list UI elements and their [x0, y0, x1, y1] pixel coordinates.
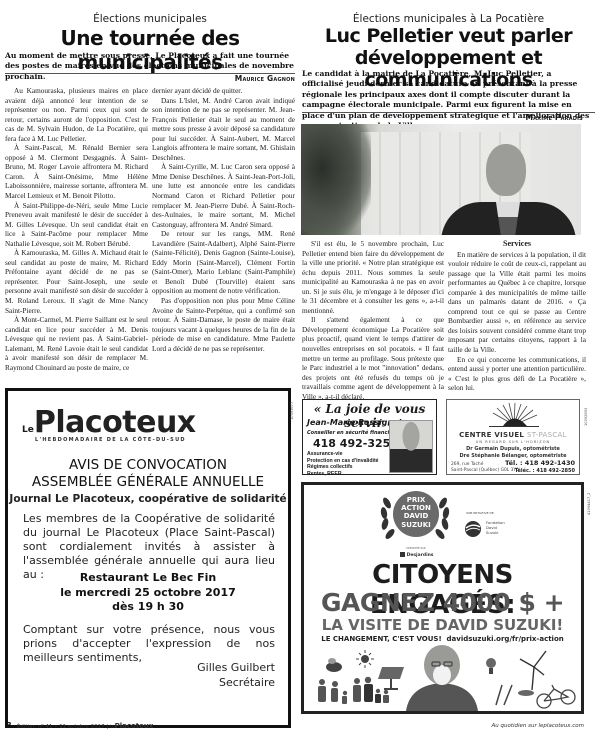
- paragraph: À Saint-Cyrille, M. Luc Caron sera oppos…: [152, 162, 295, 229]
- paragraph: En matière de services à la population, …: [448, 250, 586, 355]
- centre-visuel-name: CENTRE VISUEL ST-PASCAL: [447, 431, 579, 439]
- suzuki-illustration: [306, 645, 581, 711]
- solar-panel-icon: [378, 667, 404, 690]
- service-item: Rentes, REER: [307, 471, 379, 478]
- page-number: 8: [6, 721, 12, 730]
- right-article-column-2: Services En matière de services à la pop…: [448, 239, 586, 393]
- signer-name: Gilles Guilbert: [23, 661, 275, 676]
- left-article-column-1: Au Kamouraska, plusieurs maires en place…: [5, 86, 148, 372]
- centre-visuel-doctors: Dr Germain Dupuis, optométriste Dre Stép…: [447, 446, 579, 459]
- placoteux-logo: LePlacoteux L'HEBDOMADAIRE DE LA CÔTE-DU…: [22, 405, 196, 443]
- desjardins-sponsor: Desjardins: [400, 552, 434, 558]
- family-icon: [318, 677, 389, 704]
- badge-line: SUZUKI: [393, 521, 439, 529]
- telephone: Tél. : 418 492-1430: [505, 459, 575, 467]
- suzuki-tagline: LE CHANGEMENT, C'EST VOUS! davidsuzuki.o…: [304, 635, 581, 643]
- light-bulb-icon: [486, 658, 496, 674]
- name-part-1: CENTRE VISUEL: [459, 431, 524, 439]
- notice-signature: Gilles Guilbert Secrétaire: [23, 661, 275, 690]
- left-article-column-2: dernier ayant décidé de quitter. Dans L'…: [152, 86, 295, 353]
- notice-venue: Restaurant Le Bec Fin le mercredi 25 oct…: [8, 571, 288, 615]
- candidate-photo: [301, 124, 581, 235]
- badge-line: DAVID: [393, 512, 439, 520]
- badge-line: ACTION: [393, 504, 439, 512]
- sponsor-name: Desjardins: [407, 553, 434, 558]
- centre-visuel-ad: CENTRE VISUEL ST-PASCAL UN REGARD SUR L'…: [446, 399, 580, 475]
- centre-visuel-code: 10092893: [584, 402, 588, 426]
- centre-visuel-phones: Tél. : 418 492-1430 Téléc. : 418 492-285…: [505, 459, 575, 475]
- right-article-kicker: Élections municipales à La Pocatière: [302, 13, 595, 25]
- logo-le: Le: [22, 425, 34, 435]
- rossignol-ad: « La joie de vous servir » Jean-Marie Ro…: [302, 399, 437, 475]
- presented-by-label: PRÉSENTÉ PAR: [394, 547, 438, 550]
- suzuki-headline-3: LA VISITE DE DAVID SUZUKI!: [304, 616, 581, 634]
- page-footer-right: Au quotidien sur leplacoteux.com: [492, 723, 585, 729]
- prix-action-suzuki-ad: PRIX ACTION DAVID SUZUKI PRÉSENTÉ PAR De…: [301, 482, 584, 714]
- paragraph: À Mont-Carmel, M. Pierre Saillant est le…: [5, 315, 148, 372]
- notice-title: AVIS DE CONVOCATION ASSEMBLÉE GÉNÉRALE A…: [8, 457, 288, 491]
- foundation-name: Fondation David Suzuki: [486, 521, 505, 535]
- subheading-services: Services: [448, 239, 586, 249]
- notice-ad-code: 10093677: [290, 390, 294, 420]
- left-article-byline: Maurice Gagnon: [5, 74, 295, 83]
- headline-line-1: Luc Pelletier veut parler: [302, 25, 595, 47]
- separator: •: [54, 724, 57, 730]
- fax: Téléc. : 418 492-2850: [505, 467, 575, 475]
- tagline-text: LE CHANGEMENT, C'EST VOUS!: [321, 635, 441, 643]
- paragraph: À Saint-Philippe-de-Néri, seule Mme Luci…: [5, 201, 148, 249]
- paragraph: S'il est élu, le 5 novembre prochain, Lu…: [302, 239, 444, 315]
- centre-visuel-tagline: UN REGARD SUR L'HORIZON: [447, 440, 579, 444]
- sunrise-logo-icon: [489, 403, 539, 429]
- david-suzuki-foundation-logo-icon: [464, 520, 482, 538]
- paragraph-continuation: dernier ayant décidé de quitter.: [152, 86, 295, 96]
- paragraph: Dans L'Islet, M. André Caron avait indiq…: [152, 96, 295, 163]
- logo-subtitle: L'HEBDOMADAIRE DE LA CÔTE-DU-SUD: [35, 437, 196, 443]
- suzuki-ad-code: 41094417_2: [587, 485, 591, 515]
- david-suzuki-portrait-icon: [406, 645, 478, 711]
- paragraph: À Saint-Pascal, M. Rénald Bernier sera o…: [5, 143, 148, 200]
- paragraph: Au Kamouraska, plusieurs maires en place…: [5, 86, 148, 143]
- foundation-line: Suzuki: [486, 531, 505, 536]
- rossignol-role: Conseiller en sécurité financière: [307, 430, 398, 436]
- venue-time: dès 19 h 30: [8, 600, 288, 615]
- paragraph: Pas d'opposition non plus pour Mme Célin…: [152, 296, 295, 353]
- paragraph: De retour sur les rangs, MM. René Lavand…: [152, 229, 295, 296]
- notice-subtitle: Journal Le Placoteux, coopérative de sol…: [8, 493, 288, 505]
- photo-tree: [301, 124, 371, 235]
- signer-title: Secrétaire: [23, 676, 275, 691]
- left-article-kicker: Élections municipales: [5, 13, 295, 25]
- rossignol-portrait: [389, 420, 433, 473]
- sun-icon: [356, 650, 374, 668]
- edition-date: 11 octobre 2017: [59, 724, 104, 730]
- right-article-byline: Maxime Paradis: [302, 113, 583, 122]
- paragraph: En ce qui concerne les communications, i…: [448, 355, 586, 393]
- rossignol-phone: 418 492-3255: [313, 437, 398, 450]
- rossignol-name: Jean-Marie Rossignol: [307, 418, 401, 427]
- logo-name: Placoteux: [34, 405, 196, 440]
- tagline-url: davidsuzuki.org/fr/prix-action: [447, 635, 564, 643]
- name-part-2: ST-PASCAL: [527, 431, 567, 439]
- rossignol-services: Assurance-vie Protection en cas d'invali…: [307, 451, 379, 477]
- badge-line: PRIX: [393, 496, 439, 504]
- agm-notice-ad: LePlacoteux L'HEBDOMADAIRE DE LA CÔTE-DU…: [5, 388, 291, 728]
- doctor-1: Dr Germain Dupuis, optométriste: [447, 446, 579, 453]
- wind-turbine-icon: [520, 651, 546, 690]
- paper-name: Placoteux: [115, 722, 154, 730]
- paragraph: À Kamouraska, M. Gilles A. Michaud était…: [5, 248, 148, 315]
- bee-icon: [326, 658, 342, 672]
- right-article-lede: Le candidat à la mairie de La Pocatière,…: [302, 69, 595, 131]
- title-line-1: AVIS DE CONVOCATION: [8, 457, 288, 474]
- cloud-icon: [518, 690, 534, 696]
- desjardins-logo-icon: [400, 552, 405, 557]
- venue-name: Restaurant Le Bec Fin: [8, 571, 288, 586]
- garden-tools-icon: [496, 685, 512, 705]
- venue-date: le mercredi 25 octobre 2017: [8, 586, 288, 601]
- page-footer-left: 8 Édition nº 41 • 11 octobre 2017 | LePl…: [6, 721, 153, 730]
- suzuki-headline-2: GAGNEZ 4000 $ +: [304, 588, 581, 617]
- paragraph: Il s'attend également à ce que Développe…: [302, 315, 444, 401]
- initiative-label: UNE INITIATIVE DE: [466, 511, 494, 515]
- notice-closing: Comptant sur votre présence, nous vous p…: [23, 623, 275, 665]
- title-line-2: ASSEMBLÉE GÉNÉRALE ANNUELLE: [8, 474, 288, 491]
- bicycle-icon: [537, 685, 575, 708]
- right-article-column-1: S'il est élu, le 5 novembre prochain, Lu…: [302, 239, 444, 401]
- edition-number: Édition nº 41: [17, 724, 53, 730]
- photo-person-head: [486, 144, 526, 196]
- prix-action-badge: PRIX ACTION DAVID SUZUKI: [393, 491, 439, 537]
